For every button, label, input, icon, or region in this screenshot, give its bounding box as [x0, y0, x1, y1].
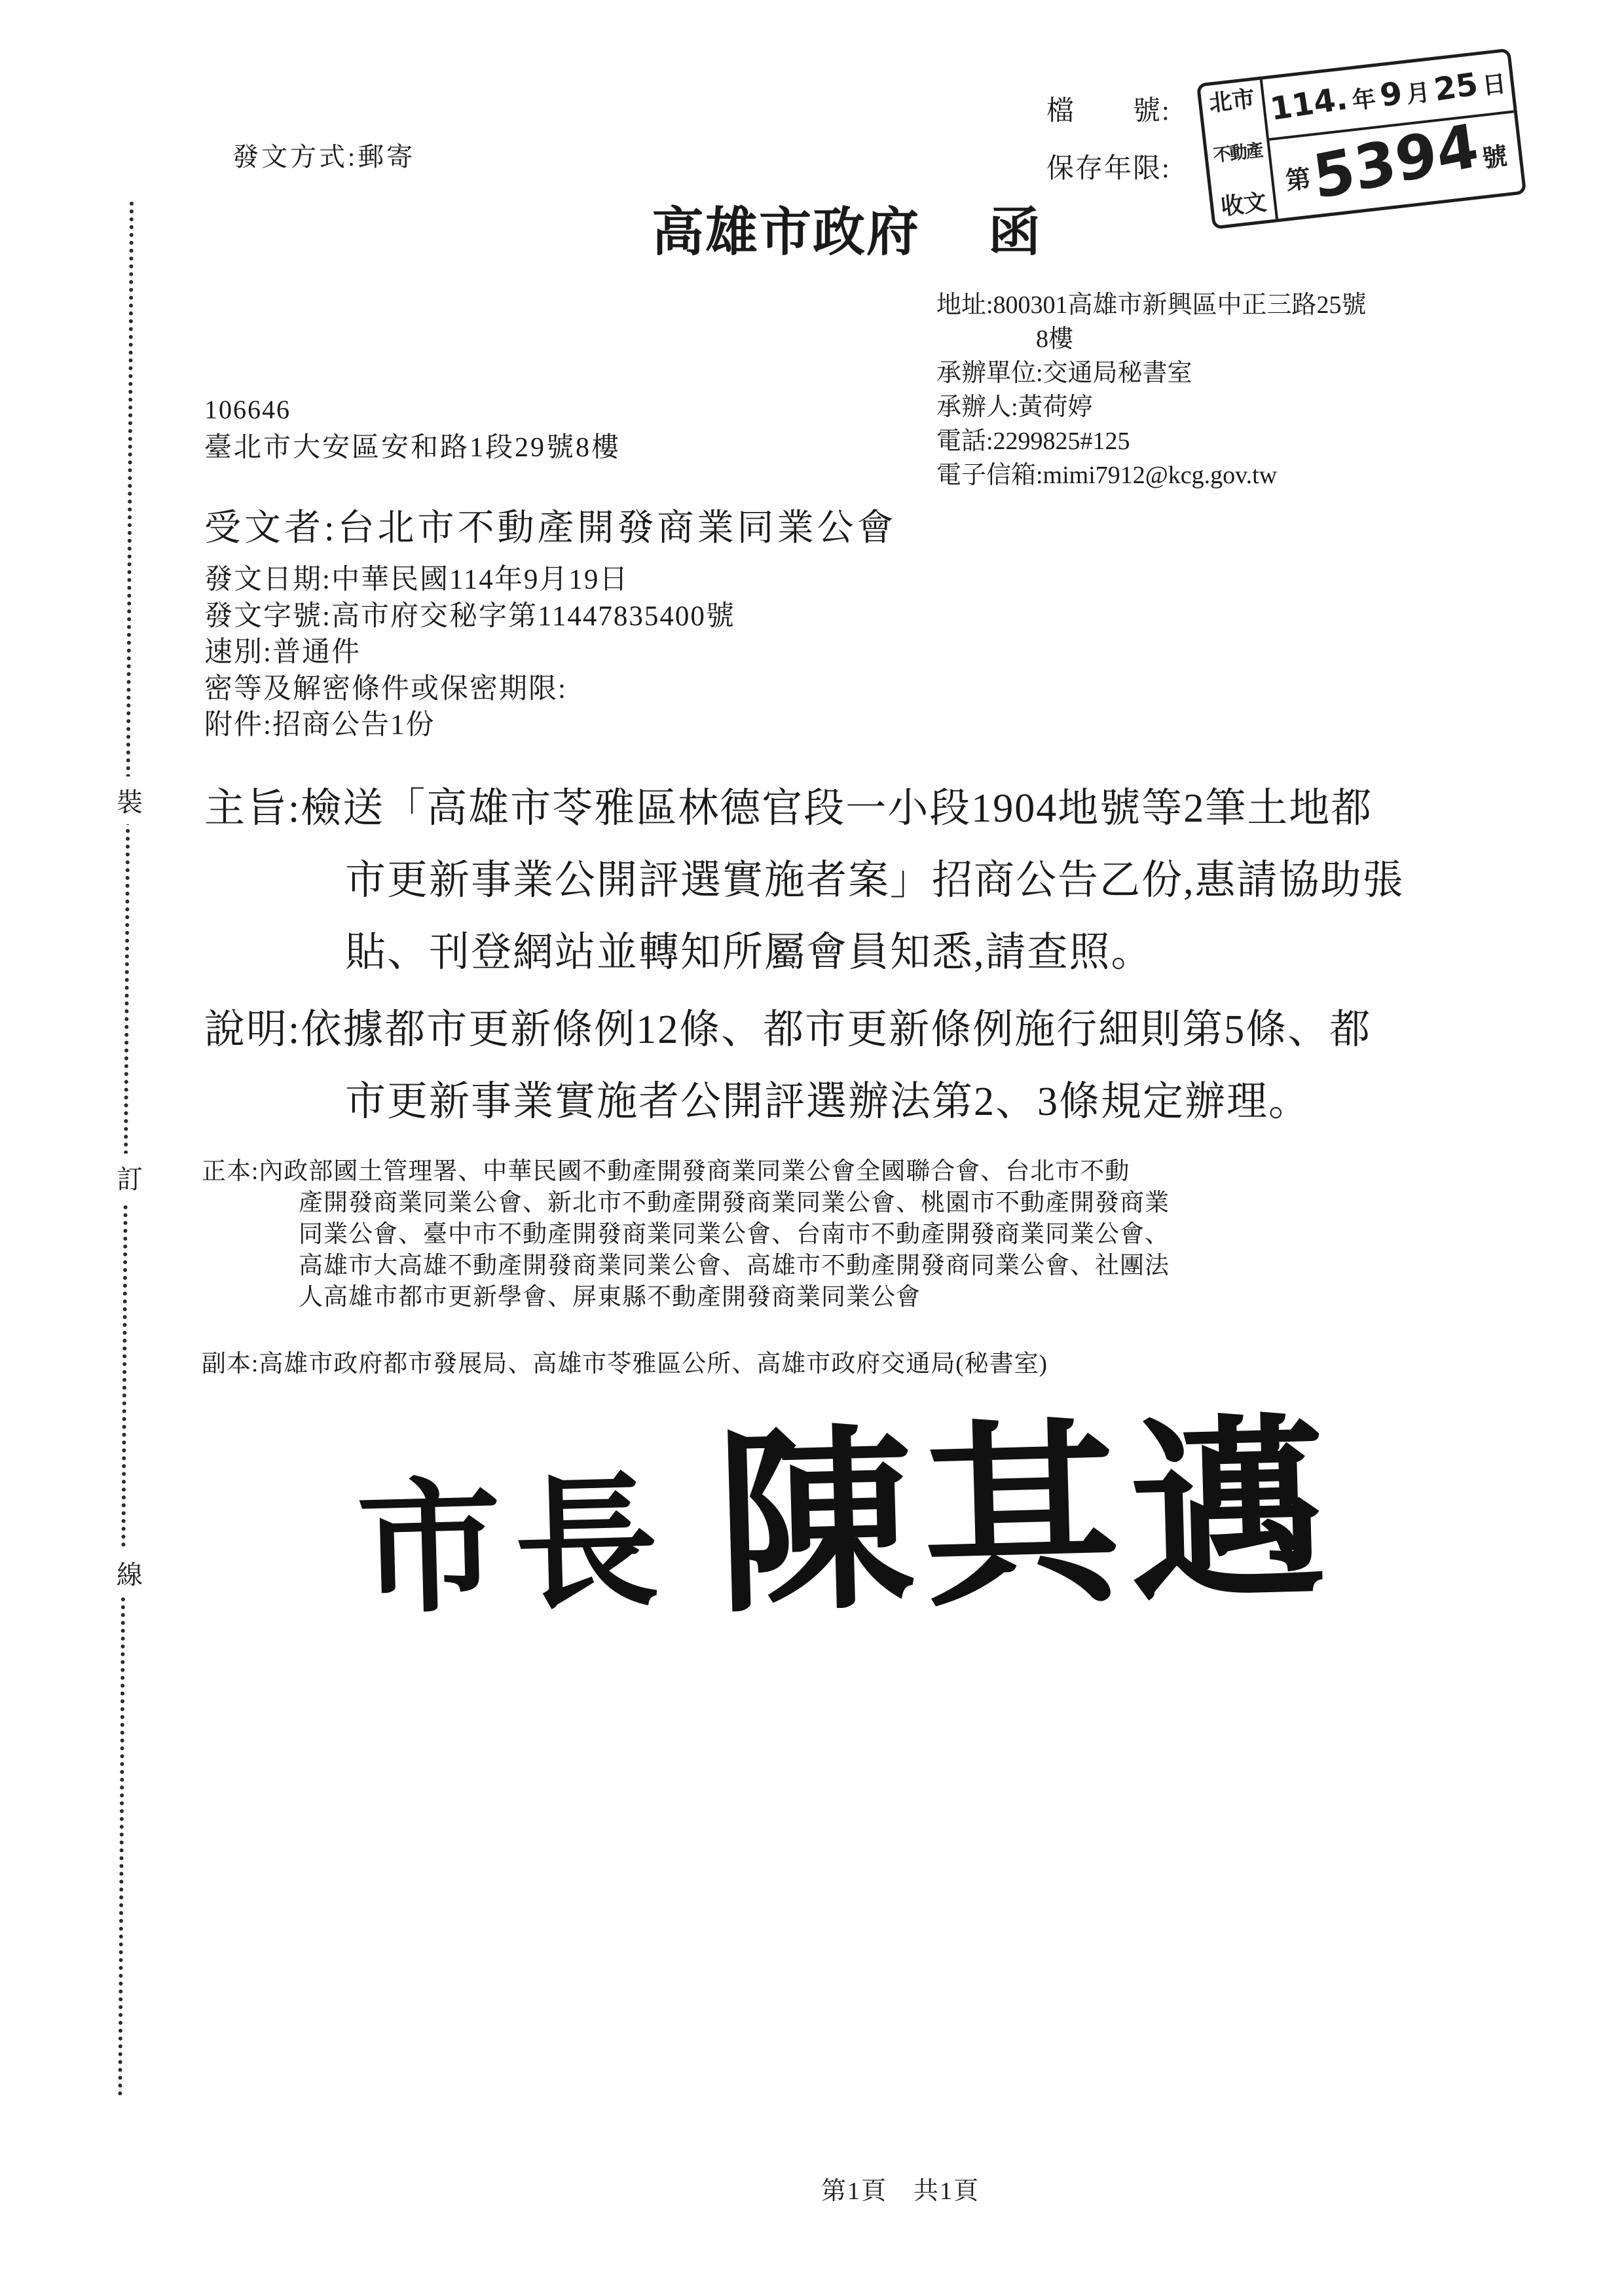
stamp-number-prefix: 第	[1283, 158, 1312, 196]
document-number: 發文字號:高市府交秘字第11447835400號	[204, 598, 735, 635]
description-line: 說明:依據都市更新條例12條、都市更新條例施行細則第5條、都	[204, 994, 1371, 1066]
page-number-footer: 第1頁 共1頁	[821, 2170, 980, 2206]
copies-original-line: 正本:內政部國土管理署、中華民國不動產開發商業同業公會全國聯合會、台北市不動	[202, 1156, 1170, 1188]
binding-char-ding: 訂	[115, 1154, 144, 1201]
binding-char-xian: 線	[115, 1549, 144, 1597]
document-meta-block: 發文日期:中華民國114年9月19日 發文字號:高市府交秘字第114478354…	[204, 562, 735, 744]
issue-date: 發文日期:中華民國114年9月19日	[204, 562, 735, 598]
sender-handling-unit: 承辦單位:交通局秘書室	[936, 356, 1367, 390]
sender-address-line2: 8樓	[936, 322, 1367, 356]
stamp-org-line1: 北市	[1208, 87, 1256, 115]
stamp-year-value: 114.	[1268, 80, 1350, 128]
recipient-postal-code: 106646	[204, 394, 291, 425]
recipient-line: 受文者:台北市不動產開發商業同業公會	[204, 499, 897, 551]
security-classification: 密等及解密條件或保密期限:	[204, 671, 735, 708]
copies-original-line: 高雄市大高雄不動產開發商業同業公會、高雄市不動產開發商同業公會、社團法	[202, 1250, 1170, 1282]
stamp-day-value: 25	[1431, 66, 1480, 109]
receive-stamp-body: 114. 年 9 月 25 日 第 5394 號	[1263, 52, 1523, 219]
description-line: 市更新事業實施者公開評選辦法第2、3條規定辦理。	[204, 1066, 1371, 1138]
description-block: 說明:依據都市更新條例12條、都市更新條例施行細則第5條、都 市更新事業實施者公…	[204, 994, 1371, 1138]
retention-period-label: 保存年限:	[1046, 147, 1171, 186]
subject-line: 貼、刊登網站並轉知所屬會員知悉,請查照。	[204, 917, 1405, 989]
stamp-org-line2: 不動產	[1212, 141, 1263, 164]
subject-block: 主旨:檢送「高雄市苓雅區林德官段一小段1904地號等2筆土地都 市更新事業公開評…	[204, 773, 1405, 989]
sender-handler: 承辦人:黃荷婷	[936, 390, 1367, 424]
subject-line: 主旨:檢送「高雄市苓雅區林德官段一小段1904地號等2筆土地都	[204, 773, 1405, 845]
copies-original-line: 產開發商業同業公會、新北市不動產開發商業同業公會、桃園市不動產開發商業	[202, 1188, 1170, 1219]
original-copies-block: 正本:內政部國土管理署、中華民國不動產開發商業同業公會全國聯合會、台北市不動 產…	[202, 1156, 1170, 1313]
signature-name: 陳其邁	[714, 1417, 1338, 1620]
binding-char-zhuang: 裝	[115, 776, 144, 824]
cc-copies-line: 副本:高雄市政府都市發展局、高雄市苓雅區公所、高雄市政府交通局(秘書室)	[202, 1343, 1048, 1379]
stamp-day-label: 日	[1481, 65, 1508, 101]
subject-line: 市更新事業公開評選實施者案」招商公告乙份,惠請協助張	[204, 845, 1405, 917]
recipient-address: 臺北市大安區安和路1段29號8樓	[204, 426, 621, 465]
stamp-number-suffix: 號	[1480, 136, 1509, 174]
priority-level: 速別:普通件	[204, 634, 735, 671]
mayor-signature: 市長 陳其邁	[355, 1417, 1338, 1630]
sender-phone: 電話:2299825#125	[936, 424, 1367, 458]
sender-email: 電子信箱:mimi7912@kcg.gov.tw	[936, 458, 1367, 492]
sender-address-line1: 地址:800301高雄市新興區中正三路25號	[936, 288, 1367, 322]
signature-title: 市長	[356, 1475, 673, 1620]
stamp-month-value: 9	[1377, 75, 1404, 114]
attachment-note: 附件:招商公告1份	[204, 707, 735, 744]
copies-original-line: 人高雄市都市更新學會、屏東縣不動產開發商業同業公會	[202, 1282, 1170, 1313]
copies-original-line: 同業公會、臺中市不動產開發商業同業公會、台南市不動產開發商業同業公會、	[202, 1219, 1170, 1250]
stamp-org-line3: 收文	[1219, 191, 1268, 219]
binding-dotted-line	[118, 202, 134, 2097]
receive-stamp: 北市 不動產 收文 114. 年 9 月 25 日 第 5394 號	[1196, 48, 1526, 229]
document-page: 發文方式:郵寄 檔 號: 保存年限: 北市 不動產 收文 114. 年 9 月 …	[0, 0, 1624, 2296]
stamp-year-label: 年	[1350, 80, 1378, 116]
file-number-label: 檔 號:	[1046, 89, 1171, 128]
stamp-month-label: 月	[1405, 73, 1432, 109]
dispatch-method: 發文方式:郵寄	[232, 136, 415, 173]
document-title: 高雄市政府 函	[652, 190, 1042, 265]
sender-info-block: 地址:800301高雄市新興區中正三路25號 8樓 承辦單位:交通局秘書室 承辦…	[936, 288, 1367, 492]
